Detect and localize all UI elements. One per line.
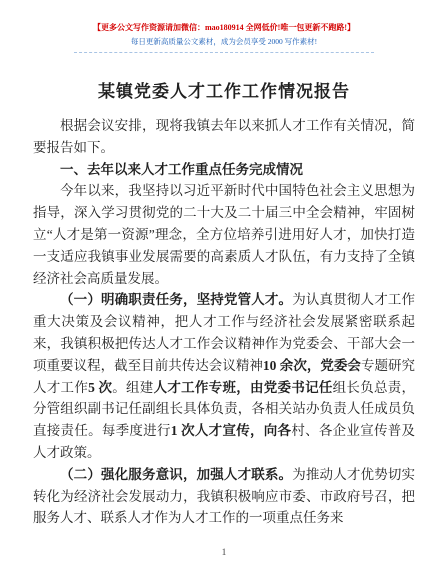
header-divider [74, 51, 374, 53]
text-run: 一、去年以来人才工作重点任务完成情况 [60, 162, 303, 177]
text-run: 今年以来，我坚持以习近平新时代中国特色社会主义思想为指导，深入学习贯彻党的二十大… [33, 183, 415, 285]
watermark-line2: 每日更新高质量公文素材，成为会员享受 2000 写作素材! [0, 36, 448, 48]
document-body: 根据会议安排，现将我镇去年以来抓人才工作有关情况，简要报告如下。一、去年以来人才… [33, 115, 415, 529]
paragraph: 今年以来，我坚持以习近平新时代中国特色社会主义思想为指导，深入学习贯彻党的二十大… [33, 180, 415, 289]
document-page: 【更多公文写作资源请加微信：mao180914 全网低价!唯一包更新不跑路!】 … [0, 0, 448, 580]
text-run: 根据会议安排，现将我镇去年以来抓人才工作有关情况，简要报告如下。 [33, 118, 415, 155]
text-run: 1 次人才宣传，向各 [171, 423, 292, 438]
text-run: （二）强化服务意识，加强人才联系。 [60, 467, 292, 482]
section-heading: 一、去年以来人才工作重点任务完成情况 [33, 159, 415, 181]
text-run: 。组建 [112, 380, 153, 395]
watermark-header: 【更多公文写作资源请加微信：mao180914 全网低价!唯一包更新不跑路!】 … [0, 0, 448, 53]
text-run: （一）明确职责任务，坚持党管人才。 [60, 292, 292, 307]
document-title: 某镇党委人才工作工作情况报告 [0, 77, 448, 102]
paragraph: 根据会议安排，现将我镇去年以来抓人才工作有关情况，简要报告如下。 [33, 115, 415, 159]
text-run: 人才工作专班，由党委书记任 [154, 380, 333, 395]
text-run: 10 余次，党委会 [263, 358, 361, 373]
watermark-line1: 【更多公文写作资源请加微信：mao180914 全网低价!唯一包更新不跑路!】 [0, 22, 448, 34]
paragraph: （二）强化服务意识，加强人才联系。为推动人才优势切实转化为经济社会发展动力，我镇… [33, 464, 415, 529]
page-number: 1 [0, 548, 448, 558]
paragraph: （一）明确职责任务，坚持党管人才。为认真贯彻人才工作重大决策及会议精神，把人才工… [33, 289, 415, 463]
text-run: 5 次 [88, 380, 112, 395]
